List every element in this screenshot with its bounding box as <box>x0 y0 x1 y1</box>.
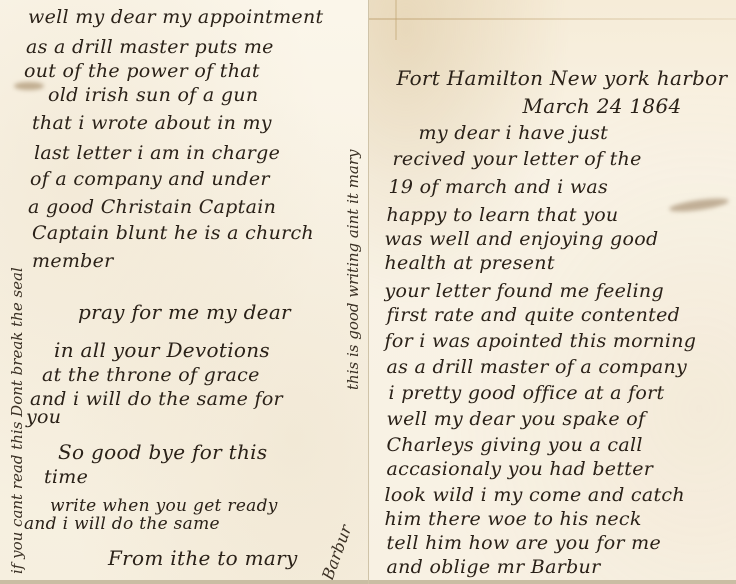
letter-line: tell him how are you for me <box>387 532 662 554</box>
letter-line: member <box>32 250 114 272</box>
margin-signature: Barbur <box>318 522 355 582</box>
letter-line: for i was apointed this morning <box>385 330 697 352</box>
letter-line: recived your letter of the <box>393 148 642 170</box>
letter-line: look wild i my come and catch <box>385 484 685 506</box>
letter-line: i pretty good office at a fort <box>389 382 665 404</box>
margin-note-left: if you cant read this Dont break the sea… <box>8 267 26 574</box>
letter-line: last letter i am in charge <box>34 142 280 164</box>
letter-line: accasionaly you had better <box>387 458 654 480</box>
letter-line: Captain blunt he is a church <box>32 222 314 244</box>
letter-line: was well and enjoying good <box>385 228 659 250</box>
letter-date: March 24 1864 <box>523 94 682 118</box>
letter-line: pray for me my dear <box>78 300 291 324</box>
letter-line: happy to learn that you <box>387 204 619 226</box>
letter-spread: well my dear my appointment as a drill m… <box>0 0 736 584</box>
letter-heading: Fort Hamilton New york harbor <box>397 66 728 90</box>
ink-stain <box>14 82 44 90</box>
letter-line: Charleys giving you a call <box>387 434 643 456</box>
letter-line: a good Christain Captain <box>28 196 276 218</box>
letter-signoff: From ithe to mary <box>108 546 298 570</box>
letter-line: that i wrote about in my <box>32 112 272 134</box>
letter-line: at the throne of grace <box>42 364 260 386</box>
letter-line: old irish sun of a gun <box>48 84 258 106</box>
letter-line: write when you get ready <box>50 496 278 516</box>
left-page: well my dear my appointment as a drill m… <box>0 0 369 584</box>
letter-line: and oblige mr Barbur <box>387 556 601 578</box>
letter-line: health at present <box>385 252 555 274</box>
letter-line: you <box>26 406 61 428</box>
letter-line: well my dear my appointment <box>28 6 323 28</box>
letter-line: your letter found me feeling <box>385 280 664 302</box>
letter-line: out of the power of that <box>24 60 260 82</box>
water-stain <box>668 196 729 214</box>
margin-note-right: this is good writing aint it mary <box>344 149 362 390</box>
right-page: Fort Hamilton New york harbor March 24 1… <box>369 0 736 584</box>
fold-line <box>369 18 736 20</box>
letter-line: of a company and under <box>30 168 270 190</box>
letter-line: and i will do the same <box>24 514 220 534</box>
letter-line: 19 of march and i was <box>389 176 609 198</box>
letter-line: as a drill master puts me <box>26 36 274 58</box>
letter-line: in all your Devotions <box>54 338 270 362</box>
letter-line: him there woe to his neck <box>385 508 642 530</box>
letter-line: and i will do the same for <box>30 388 283 410</box>
letter-line: as a drill master of a company <box>387 356 688 378</box>
page-edge <box>0 580 368 584</box>
fold-line <box>395 0 397 40</box>
letter-line: well my dear you spake of <box>387 408 646 430</box>
letter-line: time <box>44 466 88 488</box>
letter-line: my dear i have just <box>419 122 609 144</box>
letter-line: So good bye for this <box>58 440 267 464</box>
letter-line: first rate and quite contented <box>387 304 681 326</box>
page-edge <box>369 580 736 584</box>
